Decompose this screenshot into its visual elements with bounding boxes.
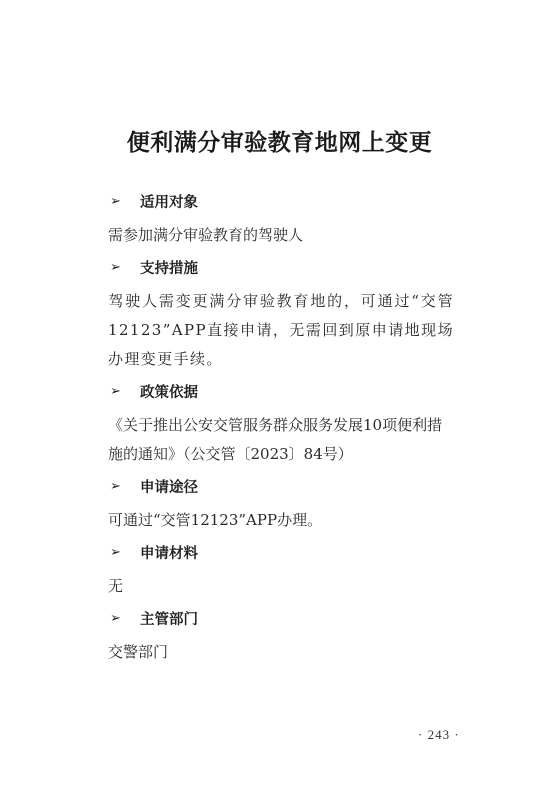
section-heading-applicable: ➢ 适用对象 [108, 190, 454, 212]
arrow-bullet-icon: ➢ [108, 545, 140, 560]
section-heading-label: 支持措施 [140, 257, 198, 278]
section-heading-label: 适用对象 [140, 191, 198, 212]
document-body: ➢ 适用对象 需参加满分审验教育的驾驶人 ➢ 支持措施 驾驶人需变更满分审验教育… [108, 190, 454, 673]
section-body: 需参加满分审验教育的驾驶人 [108, 221, 454, 250]
section-body: 无 [108, 572, 454, 601]
section-body: 可通过“交管12123”APP办理。 [108, 506, 454, 535]
arrow-bullet-icon: ➢ [108, 611, 140, 626]
section-body: 《关于推出公安交管服务群众服务发展10项便利措施的通知》（公交管〔2023〕84… [108, 411, 454, 469]
section-body: 驾驶人需变更满分审验教育地的，可通过“交管12123”APP直接申请，无需回到原… [108, 287, 454, 374]
section-heading-label: 主管部门 [140, 608, 198, 629]
section-body-text: 驾驶人需变更满分审验教育地的，可通过“交管12123”APP直接申请，无需回到原… [108, 292, 454, 368]
arrow-bullet-icon: ➢ [108, 384, 140, 399]
section-heading-label: 申请材料 [140, 542, 198, 563]
section-heading-materials: ➢ 申请材料 [108, 541, 454, 563]
arrow-bullet-icon: ➢ [108, 260, 140, 275]
section-heading-label: 申请途径 [140, 476, 198, 497]
section-heading-label: 政策依据 [140, 381, 198, 402]
arrow-bullet-icon: ➢ [108, 194, 140, 209]
page-number: · 243 · [418, 727, 460, 743]
section-body: 交警部门 [108, 638, 454, 667]
section-heading-department: ➢ 主管部门 [108, 607, 454, 629]
page-title: 便利满分审验教育地网上变更 [0, 124, 559, 157]
section-heading-policy: ➢ 政策依据 [108, 380, 454, 402]
arrow-bullet-icon: ➢ [108, 479, 140, 494]
section-heading-measures: ➢ 支持措施 [108, 256, 454, 278]
section-heading-channel: ➢ 申请途径 [108, 475, 454, 497]
